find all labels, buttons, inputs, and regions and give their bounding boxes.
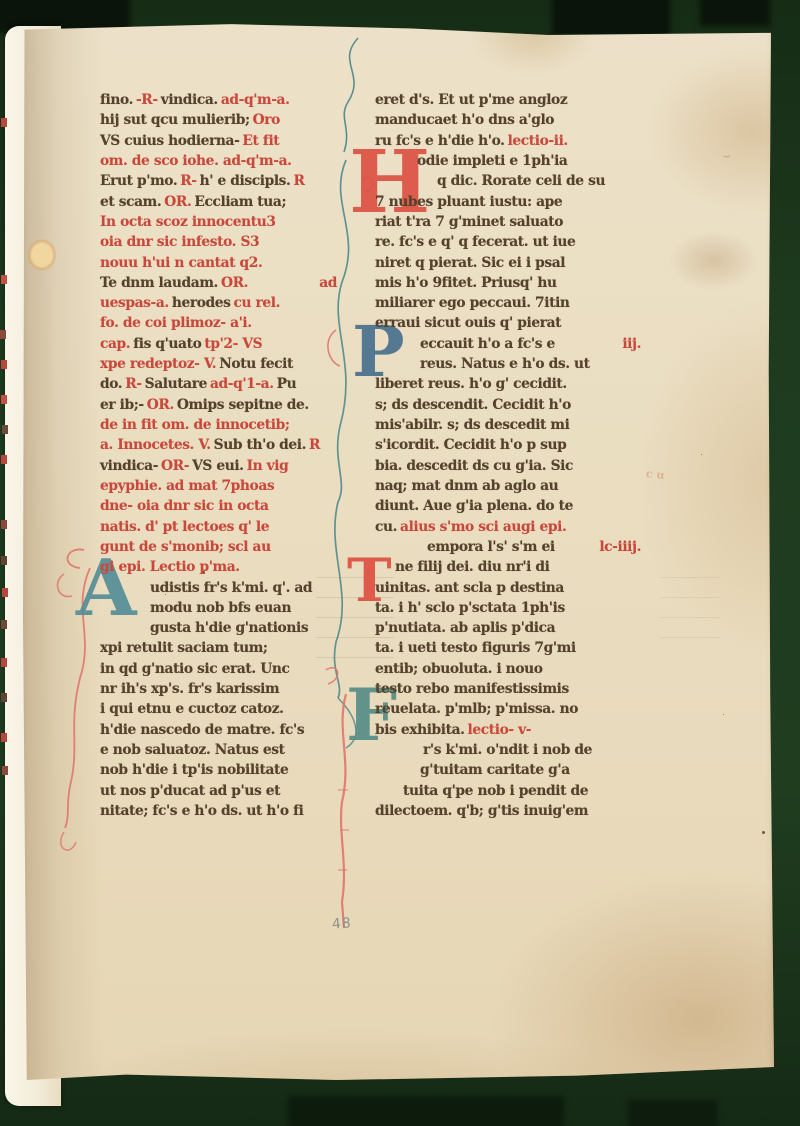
body-text: eret d's. Et ut p'me angloz xyxy=(375,92,567,108)
text-line: ut nos p'ducat ad p'us et xyxy=(100,783,337,803)
body-text: h' e discipls. xyxy=(200,173,291,189)
rubric-text: xpe redeptoz- V. xyxy=(100,356,216,372)
body-text: ut nos p'ducat ad p'us et xyxy=(100,783,280,799)
body-text: testo rebo manifestissimis xyxy=(375,681,569,697)
body-text: diunt. Aue g'ia plena. do te xyxy=(375,498,573,514)
body-text: fis q'uato xyxy=(133,336,201,352)
background-shadow xyxy=(628,1100,718,1126)
body-text: mis'abilr. s; ds descedit mi xyxy=(375,417,569,433)
text-line: 7 nubes pluant iustu: ape xyxy=(375,194,641,214)
body-text: e nob saluatoz. Natus est xyxy=(100,742,285,758)
body-text: nob h'die i tp'is nobilitate xyxy=(100,762,288,778)
body-text: nr ih's xp's. fr's karissim xyxy=(100,681,279,697)
text-line: vindica-OR-VS eui.In vig xyxy=(100,458,337,478)
text-line: empora l's' s'm eilc-iiij. xyxy=(375,539,641,559)
body-text: bia. descedit ds cu g'ia. Sic xyxy=(375,458,573,474)
body-text: VS eui. xyxy=(192,458,244,474)
folio-number: 48 xyxy=(331,915,352,932)
text-line: s'icordit. Cecidit h'o p sup xyxy=(375,437,641,457)
text-line: uinitas. ant scla p destina xyxy=(375,580,641,600)
text-line: in qd g'natio sic erat. Unc xyxy=(100,661,337,681)
body-text: modu nob bfs euan xyxy=(150,600,291,616)
body-text: r's k'mi. o'ndit i nob de xyxy=(423,742,592,758)
body-text: Notu fecit xyxy=(219,356,293,372)
text-line: a. Innocetes. V.Sub th'o dei.R xyxy=(100,437,337,457)
body-text: h'die nascedo de matre. fc's xyxy=(100,722,304,738)
text-line: eret d's. Et ut p'me angloz xyxy=(375,92,641,112)
rubric-text: gunt de s'monib; scl au xyxy=(100,539,271,555)
rubric-text: epyphie. ad mat 7phoas xyxy=(100,478,274,494)
body-text: eccauit h'o a fc's e xyxy=(420,336,555,352)
text-line: ru fc's e h'die h'o.lectio-ii. xyxy=(375,133,641,153)
text-line: odie impleti e 1ph'ia xyxy=(375,153,641,173)
body-text: gusta h'die g'nationis xyxy=(150,620,308,636)
body-text: riat t'ra 7 g'minet saluato xyxy=(375,214,563,230)
background-shadow xyxy=(552,0,670,36)
body-text: herodes xyxy=(172,295,231,311)
body-text: bis exhibita. xyxy=(375,722,465,738)
text-line: bis exhibita.lectio- v- xyxy=(375,722,641,742)
body-text: 7 nubes pluant iustu: ape xyxy=(375,194,562,210)
text-line: fino.-R-vindica.ad-q'm-a. xyxy=(100,92,337,112)
text-line: Erut p'mo.R-h' e discipls.R xyxy=(100,173,337,193)
body-text: ta. i h' sclo p'sctata 1ph'is xyxy=(375,600,565,616)
body-text: p'nutiata. ab aplis p'dica xyxy=(375,620,555,636)
text-line: miliarer ego peccaui. 7itin xyxy=(375,295,641,315)
body-text: ta. i ueti testo figuris 7g'mi xyxy=(375,640,576,656)
text-line: xpe redeptoz- V.Notu fecit xyxy=(100,356,337,376)
rubric-text: R- xyxy=(125,376,141,392)
body-text: in qd g'natio sic erat. Unc xyxy=(100,661,289,677)
body-text: VS cuius hodierna- xyxy=(100,133,239,149)
text-line: er ib;-OR.Omips sepitne de. xyxy=(100,397,337,417)
rubric-text: alius s'mo sci augi epi. xyxy=(400,519,566,535)
manuscript-photo: A H P T F fino.-R-vindica.ad-q'm-a.hij s… xyxy=(0,0,800,1126)
body-text: i qui etnu e cuctoz catoz. xyxy=(100,701,284,717)
text-line: p'nutiata. ab aplis p'dica xyxy=(375,620,641,640)
rubric-text: ad-q'm-a. xyxy=(221,92,290,108)
body-text: cu. xyxy=(375,519,397,535)
text-line: cap.fis q'uatotp'2- VS xyxy=(100,336,337,356)
body-text: fino. xyxy=(100,92,133,108)
text-line: ta. i ueti testo figuris 7g'mi xyxy=(375,640,641,660)
text-line: eccauit h'o a fc's eiij. xyxy=(375,336,641,356)
text-line: om. de sco iohe. ad-q'm-a. xyxy=(100,153,337,173)
rubric-text: In octa scoz innocentu3 xyxy=(100,214,276,230)
text-line: nitate; fc's e h'o ds. ut h'o fi xyxy=(100,803,337,823)
rubric-text: dne- oia dnr sic in octa xyxy=(100,498,269,514)
text-column-left: fino.-R-vindica.ad-q'm-a.hij sut qcu mul… xyxy=(100,92,337,823)
body-text: vindica. xyxy=(161,92,218,108)
offset-ghost-mark: c u xyxy=(645,467,665,482)
rubric-text: a. Innocetes. V. xyxy=(100,437,211,453)
text-line: oia dnr sic infesto. S3 xyxy=(100,234,337,254)
text-line: natis. d' pt lectoes q' le xyxy=(100,519,337,539)
body-text: ru fc's e h'die h'o. xyxy=(375,133,505,149)
text-line: g'tuitam caritate g'a xyxy=(375,762,641,782)
text-line: dilectoem. q'b; g'tis inuig'em xyxy=(375,803,641,823)
rubric-text: uespas-a. xyxy=(100,295,169,311)
body-text: empora l's' s'm ei xyxy=(427,539,555,555)
offset-ghost-mark: ~ xyxy=(721,149,732,163)
rubric-text: OR. xyxy=(164,194,191,210)
text-column-right: eret d's. Et ut p'me anglozmanducaet h'o… xyxy=(375,92,641,823)
rubric-text: lectio-ii. xyxy=(508,133,568,149)
rubric-text: ad xyxy=(319,275,337,291)
text-line: gusta h'die g'nationis xyxy=(100,620,337,640)
rubric-text: om. de sco iohe. ad-q'm-a. xyxy=(100,153,292,169)
text-line: h'die nascedo de matre. fc's xyxy=(100,722,337,742)
background-shadow xyxy=(700,0,770,26)
rubric-text: de in fit om. de innocetib; xyxy=(100,417,290,433)
body-text: manducaet h'o dns a'glo xyxy=(375,112,554,128)
body-text: ne filij dei. diu nr'i di xyxy=(395,559,550,575)
text-line: gi epi. Lectio p'ma. xyxy=(100,559,337,579)
body-text: Te dnm laudam. xyxy=(100,275,218,291)
text-line: entib; obuoluta. i nouo xyxy=(375,661,641,681)
text-line: hij sut qcu mulierib;Oro xyxy=(100,112,337,132)
text-line: ne filij dei. diu nr'i di xyxy=(375,559,641,579)
body-text: miliarer ego peccaui. 7itin xyxy=(375,295,570,311)
body-text: re. fc's e q' q fecerat. ut iue xyxy=(375,234,575,250)
rubric-text: iij. xyxy=(622,336,641,352)
rubric-text: lectio- v- xyxy=(468,722,532,738)
body-text: Eccliam tua; xyxy=(194,194,286,210)
rubric-text: OR. xyxy=(147,397,174,413)
body-text: odie impleti e 1ph'ia xyxy=(417,153,567,169)
text-line: Te dnm laudam.OR.ad xyxy=(100,275,337,295)
rubric-text: cap. xyxy=(100,336,130,352)
text-line: modu nob bfs euan xyxy=(100,600,337,620)
body-text: mis h'o 9fitet. Priusq' hu xyxy=(375,275,557,291)
rubric-text: lc-iiij. xyxy=(599,539,641,555)
text-line: mis h'o 9fitet. Priusq' hu xyxy=(375,275,641,295)
body-text: nitate; fc's e h'o ds. ut h'o fi xyxy=(100,803,303,819)
text-line: i qui etnu e cuctoz catoz. xyxy=(100,701,337,721)
rubric-text: Et fit xyxy=(242,133,279,149)
body-text: vindica- xyxy=(100,458,158,474)
rubric-text: OR- xyxy=(161,458,189,474)
body-text: er ib;- xyxy=(100,397,144,413)
background-shadow xyxy=(288,1096,564,1126)
rubric-text: In vig xyxy=(247,458,289,474)
adjacent-page-text-fragments xyxy=(1,118,7,127)
text-line: re. fc's e q' q fecerat. ut iue xyxy=(375,234,641,254)
text-line: udistis fr's k'mi. q'. ad xyxy=(100,580,337,600)
body-text: tuita q'pe nob i pendit de xyxy=(403,783,588,799)
body-text: et scam. xyxy=(100,194,161,210)
rubric-text: nouu h'ui n cantat q2. xyxy=(100,255,262,271)
rubric-text: natis. d' pt lectoes q' le xyxy=(100,519,269,535)
body-text: liberet reus. h'o g' cecidit. xyxy=(375,376,567,392)
text-line: erraui sicut ouis q' pierat xyxy=(375,315,641,335)
body-text: Erut p'mo. xyxy=(100,173,177,189)
rubric-text: cu rel. xyxy=(234,295,281,311)
body-text: reuelata. p'mlb; p'missa. no xyxy=(375,701,578,717)
rubric-text: ad-q'1-a. xyxy=(210,376,274,392)
text-line: tuita q'pe nob i pendit de xyxy=(375,783,641,803)
rubric-text: gi epi. Lectio p'ma. xyxy=(100,559,240,575)
text-line: xpi retulit saciam tum; xyxy=(100,640,337,660)
rubric-text: -R- xyxy=(136,92,158,108)
body-text: uinitas. ant scla p destina xyxy=(375,580,564,596)
body-text: xpi retulit saciam tum; xyxy=(100,640,268,656)
rubric-text: Oro xyxy=(253,112,280,128)
text-line: et scam.OR.Eccliam tua; xyxy=(100,194,337,214)
body-text: reus. Natus e h'o ds. ut xyxy=(420,356,590,372)
text-line: riat t'ra 7 g'minet saluato xyxy=(375,214,641,234)
text-line: ta. i h' sclo p'sctata 1ph'is xyxy=(375,600,641,620)
text-line: nr ih's xp's. fr's karissim xyxy=(100,681,337,701)
body-text: entib; obuoluta. i nouo xyxy=(375,661,543,677)
text-line: manducaet h'o dns a'glo xyxy=(375,112,641,132)
body-text: hij sut qcu mulierib; xyxy=(100,112,250,128)
text-line: s; ds descendit. Cecidit h'o xyxy=(375,397,641,417)
rubric-text: R- xyxy=(180,173,196,189)
text-line: naq; mat dnm ab aglo au xyxy=(375,478,641,498)
body-text: naq; mat dnm ab aglo au xyxy=(375,478,558,494)
body-text: erraui sicut ouis q' pierat xyxy=(375,315,561,331)
rubric-text: R xyxy=(293,173,304,189)
rubric-text: fo. de coi plimoz- a'i. xyxy=(100,315,252,331)
text-line: epyphie. ad mat 7phoas xyxy=(100,478,337,498)
text-line: niret q pierat. Sic ei i psal xyxy=(375,255,641,275)
body-text: s'icordit. Cecidit h'o p sup xyxy=(375,437,566,453)
text-line: testo rebo manifestissimis xyxy=(375,681,641,701)
text-line: In octa scoz innocentu3 xyxy=(100,214,337,234)
body-text: Salutare xyxy=(145,376,207,392)
text-line: nouu h'ui n cantat q2. xyxy=(100,255,337,275)
text-line: liberet reus. h'o g' cecidit. xyxy=(375,376,641,396)
text-line: gunt de s'monib; scl au xyxy=(100,539,337,559)
body-text: Pu xyxy=(277,376,297,392)
text-line: reuelata. p'mlb; p'missa. no xyxy=(375,701,641,721)
rubric-text: R xyxy=(309,437,320,453)
text-line: reus. Natus e h'o ds. ut xyxy=(375,356,641,376)
body-text: Omips sepitne de. xyxy=(177,397,309,413)
text-line: de in fit om. de innocetib; xyxy=(100,417,337,437)
rubric-text: OR. xyxy=(221,275,248,291)
text-line: VS cuius hodierna-Et fit xyxy=(100,133,337,153)
body-text: g'tuitam caritate g'a xyxy=(420,762,570,778)
rubric-text: oia dnr sic infesto. S3 xyxy=(100,234,259,250)
body-text: s; ds descendit. Cecidit h'o xyxy=(375,397,571,413)
text-line: e nob saluatoz. Natus est xyxy=(100,742,337,762)
body-text: dilectoem. q'b; g'tis inuig'em xyxy=(375,803,588,819)
rubric-text: tp'2- VS xyxy=(204,336,262,352)
body-text: udistis fr's k'mi. q'. ad xyxy=(150,580,312,596)
text-line: diunt. Aue g'ia plena. do te xyxy=(375,498,641,518)
text-line: uespas-a.herodescu rel. xyxy=(100,295,337,315)
text-line: q dic. Rorate celi de su xyxy=(375,173,641,193)
body-text: q dic. Rorate celi de su xyxy=(437,173,605,189)
text-line: fo. de coi plimoz- a'i. xyxy=(100,315,337,335)
text-line: mis'abilr. s; ds descedit mi xyxy=(375,417,641,437)
text-line: bia. descedit ds cu g'ia. Sic xyxy=(375,458,641,478)
text-line: do.R-Salutaread-q'1-a.Pu xyxy=(100,376,337,396)
text-line: dne- oia dnr sic in octa xyxy=(100,498,337,518)
body-text: do. xyxy=(100,376,122,392)
text-line: r's k'mi. o'ndit i nob de xyxy=(375,742,641,762)
text-line: cu.alius s'mo sci augi epi. xyxy=(375,519,641,539)
text-line: nob h'die i tp'is nobilitate xyxy=(100,762,337,782)
ruling-lines xyxy=(660,558,720,650)
body-text: niret q pierat. Sic ei i psal xyxy=(375,255,565,271)
body-text: Sub th'o dei. xyxy=(214,437,306,453)
